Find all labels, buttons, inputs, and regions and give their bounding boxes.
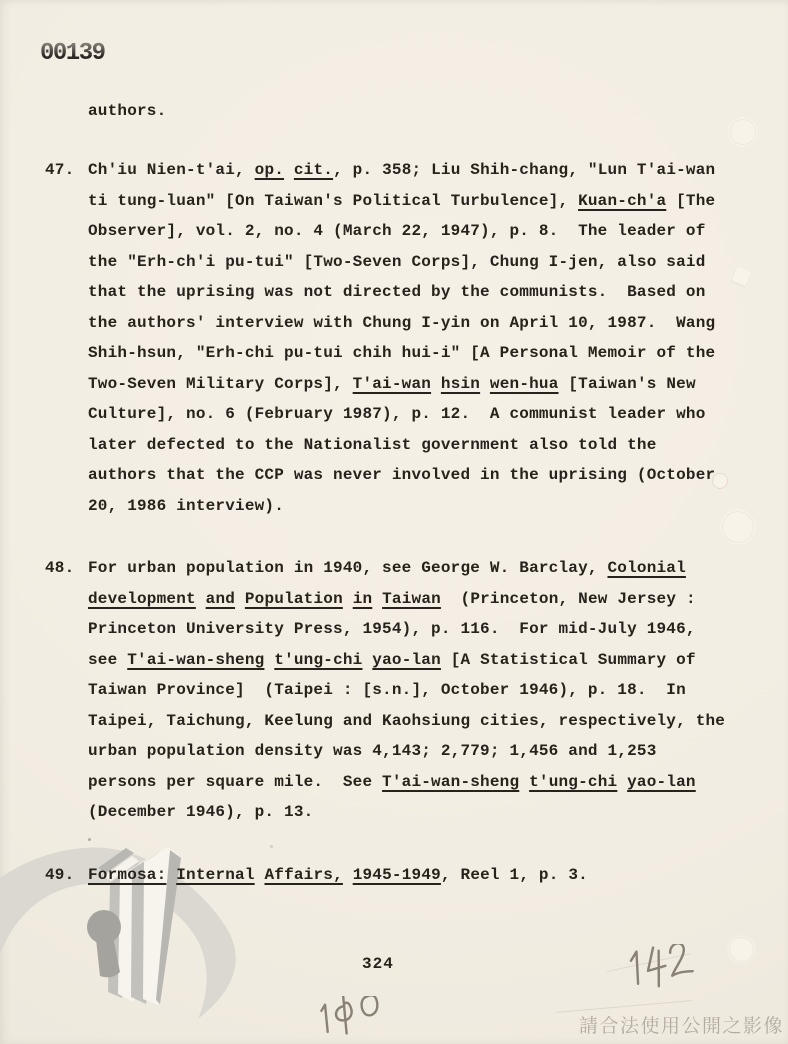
footnote-line: development and Population in Taiwan (Pr… [88, 584, 755, 615]
handwritten-number-142 [626, 944, 706, 1000]
footnote-line: 20, 1986 interview). [88, 491, 755, 522]
footnote-line: Observer], vol. 2, no. 4 (March 22, 1947… [88, 216, 755, 247]
footnote-line: Two-Seven Military Corps], T'ai-wan hsin… [88, 369, 755, 400]
footnote-line: see T'ai-wan-sheng t'ung-chi yao-lan [A … [88, 645, 755, 676]
footnote-line: Culture], no. 6 (February 1987), p. 12. … [88, 399, 755, 430]
footnote-48: 48.For urban population in 1940, see Geo… [45, 553, 755, 828]
handwritten-number-140 [318, 996, 402, 1044]
footnote-line: persons per square mile. See T'ai-wan-sh… [88, 767, 755, 798]
footnote-line: ti tung-luan" [On Taiwan's Political Tur… [88, 186, 755, 217]
footnote-line: that the uprising was not directed by th… [88, 277, 755, 308]
footnote-49: 49.Formosa: Internal Affairs, 1945-1949,… [45, 860, 755, 891]
punch-hole [730, 119, 756, 145]
footnote-line: Formosa: Internal Affairs, 1945-1949, Re… [88, 860, 755, 891]
footnote-47: 47.Ch'iu Nien-t'ai, op. cit., p. 358; Li… [45, 155, 755, 521]
ink-speck [88, 838, 91, 841]
punch-hole [729, 937, 754, 962]
footnote-line: the "Erh-ch'i pu-tui" [Two-Seven Corps],… [88, 247, 755, 278]
footnote-number: 47. [45, 155, 74, 186]
footnote-text: For urban population in 1940, see George… [88, 553, 755, 828]
footnote-line: Princeton University Press, 1954), p. 11… [88, 614, 755, 645]
usage-watermark-text: 請合法使用公開之影像 [579, 1011, 784, 1038]
footnote-line: Taiwan Province] (Taipei : [s.n.], Octob… [88, 675, 755, 706]
footnote-continuation-line: authors. [88, 96, 166, 127]
footnote-line: Taipei, Taichung, Keelung and Kaohsiung … [88, 706, 755, 737]
ink-speck [270, 845, 273, 848]
footnote-text: Formosa: Internal Affairs, 1945-1949, Re… [88, 860, 755, 891]
footnote-line: Shih-hsun, "Erh-chi pu-tui chih hui-i" [… [88, 338, 755, 369]
footnote-number: 48. [45, 553, 74, 584]
footnote-line: Ch'iu Nien-t'ai, op. cit., p. 358; Liu S… [88, 155, 755, 186]
footnote-line: (December 1946), p. 13. [88, 797, 755, 828]
footnote-number: 49. [45, 860, 74, 891]
footnote-line: urban population density was 4,143; 2,77… [88, 736, 755, 767]
scanned-document-page: 00139 authors. 47.Ch'iu Nien-t'ai, op. c… [0, 0, 788, 1044]
footnote-line: For urban population in 1940, see George… [88, 553, 755, 584]
footnote-line: later defected to the Nationalist govern… [88, 430, 755, 461]
footnote-line: the authors' interview with Chung I-yin … [88, 308, 755, 339]
page-number: 324 [362, 952, 394, 976]
footnote-line: authors that the CCP was never involved … [88, 460, 755, 491]
archive-stamp-number: 00139 [40, 40, 105, 67]
footnote-text: Ch'iu Nien-t'ai, op. cit., p. 358; Liu S… [88, 155, 755, 521]
